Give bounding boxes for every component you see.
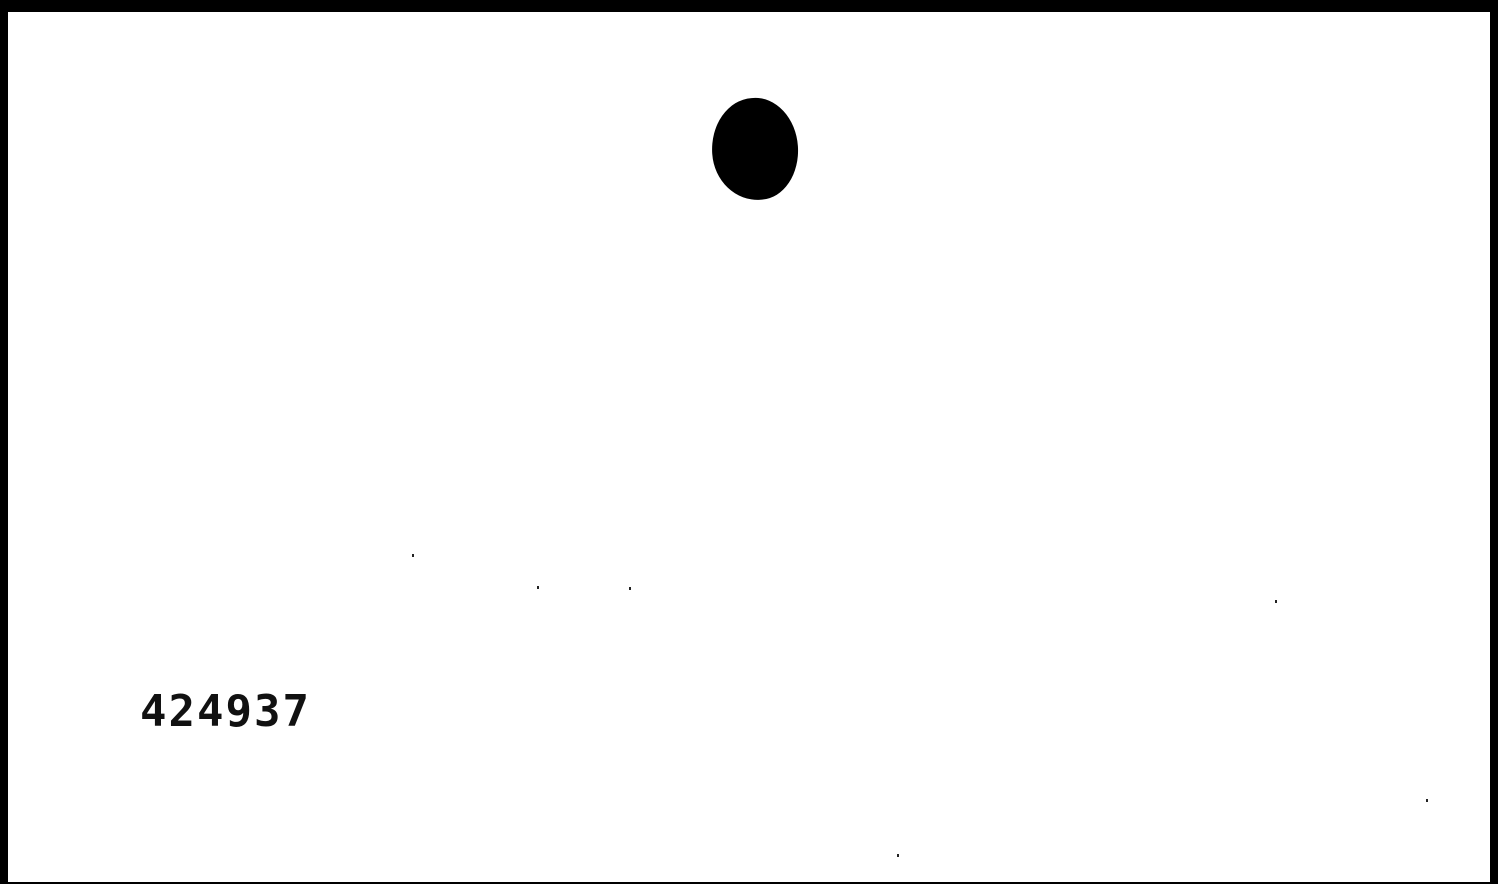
dust-speck xyxy=(412,554,414,557)
dust-speck xyxy=(537,586,539,589)
dust-speck xyxy=(1275,600,1277,603)
dust-speck xyxy=(1426,799,1428,802)
dust-speck xyxy=(897,854,899,857)
punch-hole-icon xyxy=(709,95,802,203)
dust-speck xyxy=(629,587,631,590)
scanned-card: 424937 xyxy=(8,12,1490,882)
card-number: 424937 xyxy=(140,690,311,734)
